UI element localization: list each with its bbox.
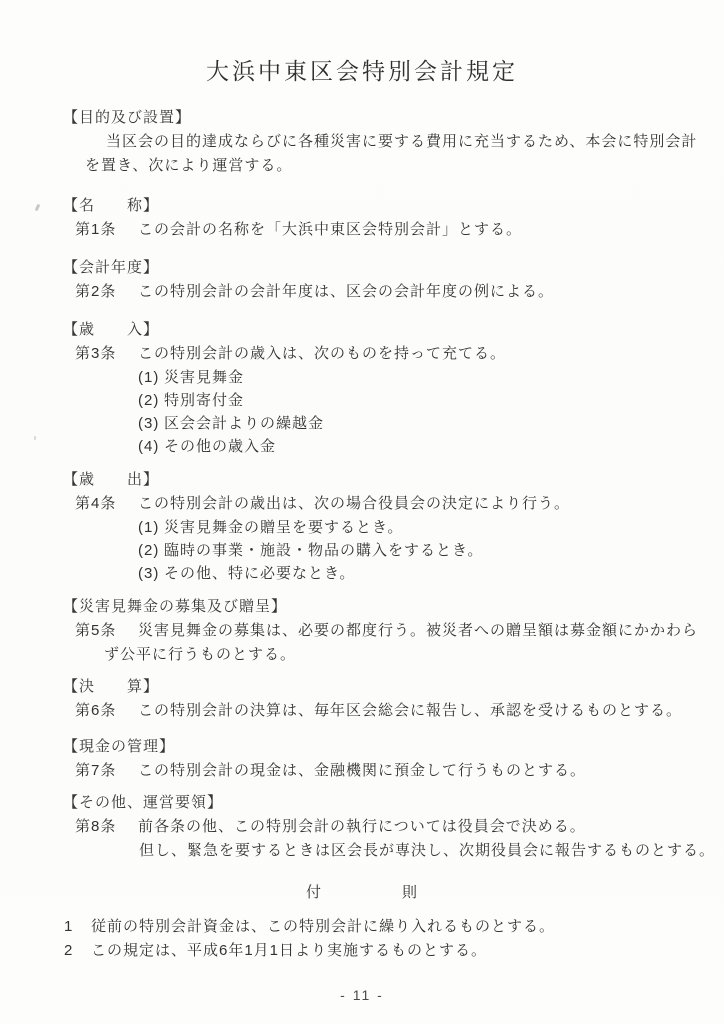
article-text: この特別会計の決算は、毎年区会総会に報告し、承認を受けるものとする。 xyxy=(138,699,682,723)
supplement-item: 1 従前の特別会計資金は、この特別会計に繰り入れるものとする。 xyxy=(64,915,724,939)
article-continuation: 但し、緊急を要するときは区会長が専決し、次期役員会に報告するものとする。 xyxy=(139,839,724,863)
list-item: (3) その他、特に必要なとき。 xyxy=(138,562,724,585)
section-heading: 【歳 出】 xyxy=(63,468,724,492)
article-row: 第4条 この特別会計の歳出は、次の場合役員会の決定により行う。 xyxy=(75,492,724,516)
item-text: 区会会計よりの繰越金 xyxy=(164,412,324,435)
section-heading: 【会計年度】 xyxy=(63,256,724,280)
section-purpose: 【目的及び設置】 当区会の目的達成ならびに各種災害に要する費用に充当するため、本… xyxy=(0,106,724,178)
article-number: 第5条 xyxy=(75,619,127,643)
section-expenditure: 【歳 出】 第4条 この特別会計の歳出は、次の場合役員会の決定により行う。 (1… xyxy=(0,468,724,585)
item-text: 災害見舞金の贈呈を要するとき。 xyxy=(164,516,403,539)
article-continuation: ず公平に行うものとする。 xyxy=(104,643,724,667)
section-heading: 【目的及び設置】 xyxy=(63,106,724,130)
article-text: この特別会計の歳出は、次の場合役員会の決定により行う。 xyxy=(138,492,570,516)
article-text: この特別会計の会計年度は、区会の会計年度の例による。 xyxy=(138,280,554,304)
list-item: (2) 特別寄付金 xyxy=(138,389,724,412)
article-text: 前各条の他、この特別会計の執行については役員会で決める。 xyxy=(138,815,586,839)
item-number: (1) xyxy=(138,516,164,539)
supplement-item-text: この規定は、平成6年1月1日より実施するものとする。 xyxy=(91,939,487,963)
item-number: (2) xyxy=(138,389,164,412)
section-name: 【名 称】 第1条 この会計の名称を「大浜中東区会特別会計」とする。 xyxy=(0,194,724,242)
section-fiscal-year: 【会計年度】 第2条 この特別会計の会計年度は、区会の会計年度の例による。 xyxy=(0,256,724,304)
item-text: その他の歳入金 xyxy=(164,435,276,458)
item-number: (3) xyxy=(138,412,164,435)
article-row: 第7条 この特別会計の現金は、金融機関に預金して行うものとする。 xyxy=(75,759,724,783)
article-row: 第6条 この特別会計の決算は、毎年区会総会に報告し、承認を受けるものとする。 xyxy=(75,699,724,723)
article-number: 第3条 xyxy=(75,342,127,366)
supplement-item-text: 従前の特別会計資金は、この特別会計に繰り入れるものとする。 xyxy=(91,915,555,939)
supplement-heading: 付 則 xyxy=(0,881,724,905)
supplement-item-number: 1 xyxy=(64,915,91,939)
section-heading: 【災害見舞金の募集及び贈呈】 xyxy=(63,595,724,619)
paragraph-line: 当区会の目的達成ならびに各種災害に要する費用に充当するため、本会に特別会計 xyxy=(106,130,724,154)
scan-artifact xyxy=(34,436,36,440)
paragraph-line: を置き、次により運営する。 xyxy=(85,154,724,178)
section-settlement: 【決 算】 第6条 この特別会計の決算は、毎年区会総会に報告し、承認を受けるもの… xyxy=(0,675,724,723)
document-page: 大浜中東区会特別会計規定 【目的及び設置】 当区会の目的達成ならびに各種災害に要… xyxy=(0,0,724,1024)
item-number: (2) xyxy=(138,539,164,562)
article-text: この特別会計の現金は、金融機関に預金して行うものとする。 xyxy=(138,759,586,783)
item-text: 特別寄付金 xyxy=(164,389,244,412)
page-number: - 11 - xyxy=(0,987,724,1003)
article-number: 第2条 xyxy=(75,280,127,304)
item-text: 災害見舞金 xyxy=(164,366,244,389)
article-number: 第4条 xyxy=(75,492,127,516)
article-text: この特別会計の歳入は、次のものを持って充てる。 xyxy=(138,342,506,366)
article-text: この会計の名称を「大浜中東区会特別会計」とする。 xyxy=(138,218,522,242)
item-text: その他、特に必要なとき。 xyxy=(164,562,355,585)
section-revenue: 【歳 入】 第3条 この特別会計の歳入は、次のものを持って充てる。 (1) 災害… xyxy=(0,318,724,458)
article-row: 第3条 この特別会計の歳入は、次のものを持って充てる。 xyxy=(75,342,724,366)
item-number: (3) xyxy=(138,562,164,585)
article-row: 第2条 この特別会計の会計年度は、区会の会計年度の例による。 xyxy=(75,280,724,304)
section-heading: 【決 算】 xyxy=(63,675,724,699)
page-title: 大浜中東区会特別会計規定 xyxy=(0,0,724,86)
article-row: 第8条 前各条の他、この特別会計の執行については役員会で決める。 xyxy=(75,815,724,839)
section-cash-management: 【現金の管理】 第7条 この特別会計の現金は、金融機関に預金して行うものとする。 xyxy=(0,735,724,783)
section-heading: 【現金の管理】 xyxy=(63,735,724,759)
item-number: (4) xyxy=(138,435,164,458)
section-donation: 【災害見舞金の募集及び贈呈】 第5条 災害見舞金の募集は、必要の都度行う。被災者… xyxy=(0,595,724,667)
list-item: (2) 臨時の事業・施設・物品の購入をするとき。 xyxy=(138,539,724,562)
section-other: 【その他、運営要領】 第8条 前各条の他、この特別会計の執行については役員会で決… xyxy=(0,791,724,863)
item-number: (1) xyxy=(138,366,164,389)
list-item: (1) 災害見舞金の贈呈を要するとき。 xyxy=(138,516,724,539)
list-item: (4) その他の歳入金 xyxy=(138,435,724,458)
supplement-item-number: 2 xyxy=(64,939,91,963)
article-row: 第1条 この会計の名称を「大浜中東区会特別会計」とする。 xyxy=(75,218,724,242)
section-heading: 【歳 入】 xyxy=(63,318,724,342)
article-number: 第1条 xyxy=(75,218,127,242)
item-text: 臨時の事業・施設・物品の購入をするとき。 xyxy=(164,539,483,562)
section-heading: 【その他、運営要領】 xyxy=(63,791,724,815)
list-item: (3) 区会会計よりの繰越金 xyxy=(138,412,724,435)
article-number: 第8条 xyxy=(75,815,127,839)
article-number: 第6条 xyxy=(75,699,127,723)
section-heading: 【名 称】 xyxy=(63,194,724,218)
supplement-item: 2 この規定は、平成6年1月1日より実施するものとする。 xyxy=(64,939,724,963)
list-item: (1) 災害見舞金 xyxy=(138,366,724,389)
article-text: 災害見舞金の募集は、必要の都度行う。被災者への贈呈額は募金額にかかわら xyxy=(138,619,698,643)
article-number: 第7条 xyxy=(75,759,127,783)
article-row: 第5条 災害見舞金の募集は、必要の都度行う。被災者への贈呈額は募金額にかかわら xyxy=(75,619,724,643)
